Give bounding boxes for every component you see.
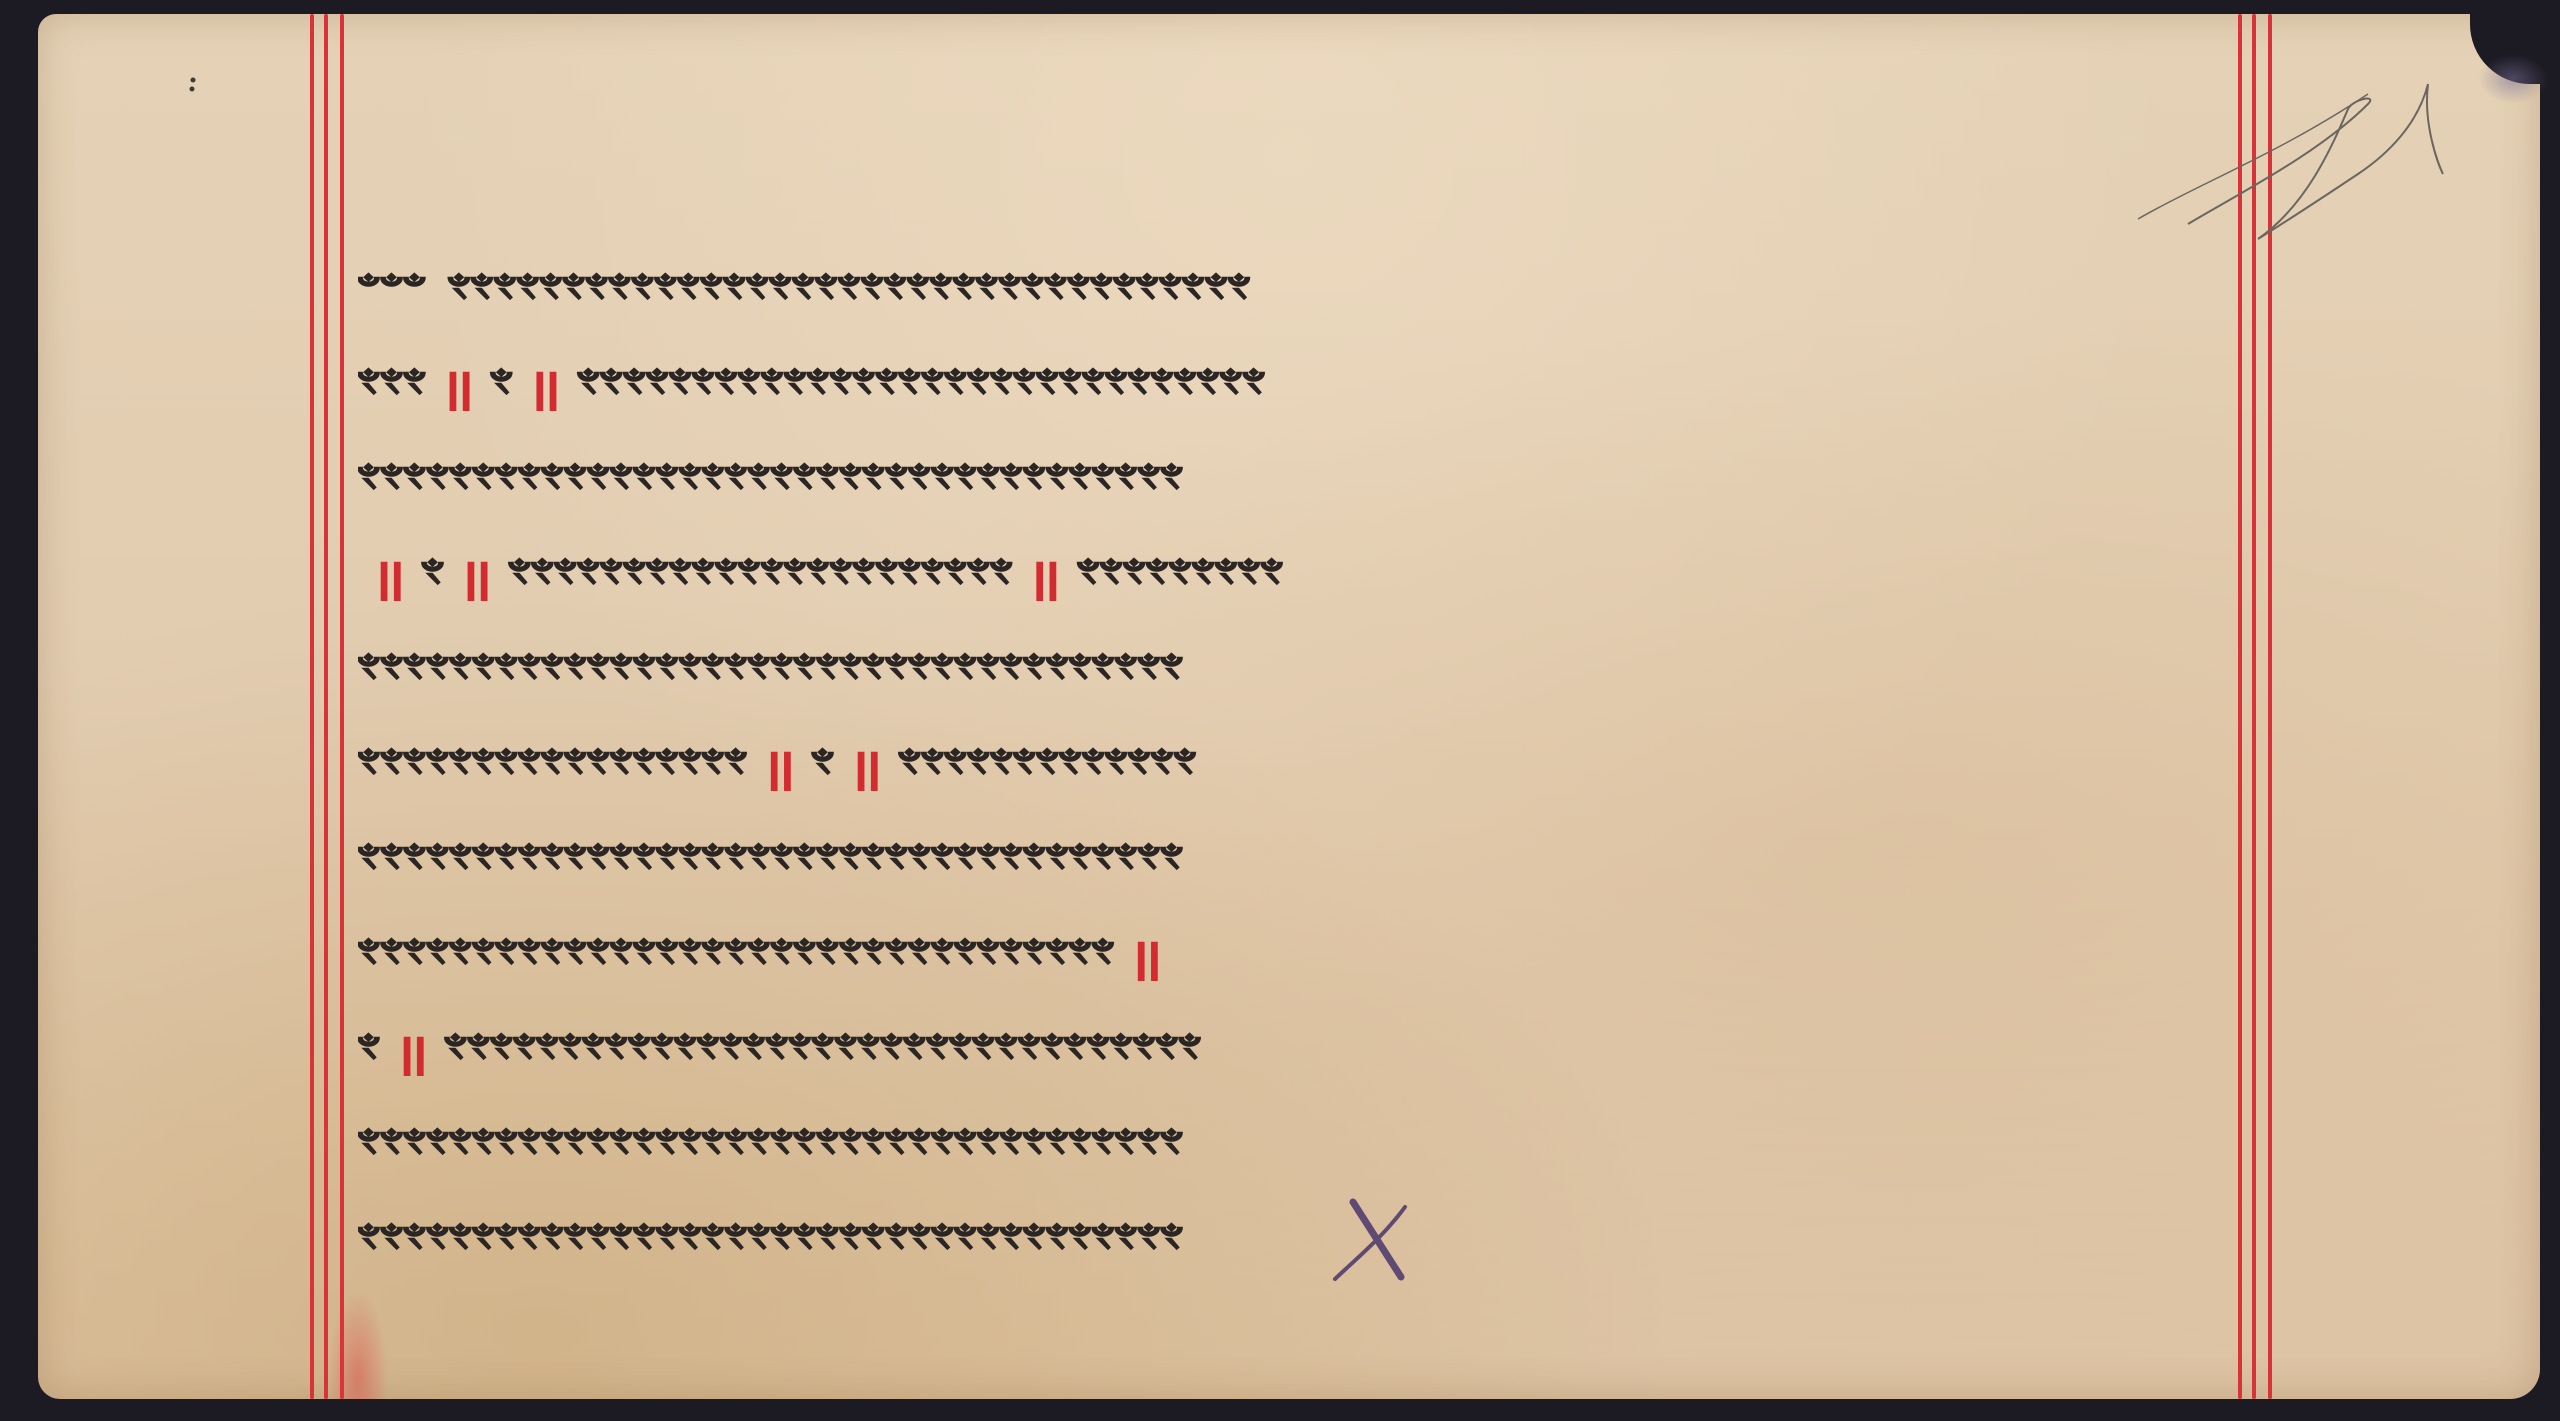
manuscript-line: ꣲꣲꣲ ꣳꣳꣳꣳꣳꣳꣳꣳꣳꣳꣳꣳꣳꣳꣳꣳꣳꣳꣳꣳꣳꣳꣳꣳꣳꣳꣳꣳꣳꣳꣳꣳꣳꣳꣳ	[358, 244, 2278, 339]
script-text: ꣳ	[491, 357, 514, 416]
ink-stain	[2478, 54, 2548, 104]
red-double-danda: ॥	[526, 346, 566, 428]
red-double-danda: ॥	[439, 346, 479, 428]
script-text: ꣳꣳꣳꣳꣳꣳꣳꣳꣳꣳꣳꣳꣳꣳꣳꣳꣳꣳꣳꣳꣳꣳꣳꣳꣳꣳꣳꣳꣳꣳ	[578, 357, 1266, 416]
script-text: ꣳꣳꣳꣳꣳꣳꣳꣳꣳꣳꣳꣳꣳꣳꣳꣳꣳꣳꣳꣳꣳꣳꣳꣳꣳꣳꣳꣳꣳꣳꣳꣳꣳ	[445, 1022, 1202, 1081]
manuscript-line: ꣳꣳꣳꣳꣳꣳꣳꣳꣳꣳꣳꣳꣳꣳꣳꣳꣳꣳꣳꣳꣳꣳꣳꣳꣳꣳꣳꣳꣳꣳꣳꣳꣳ॥	[358, 909, 2278, 1004]
manuscript-line: ꣳꣳꣳꣳꣳꣳꣳꣳꣳꣳꣳꣳꣳꣳꣳꣳꣳꣳꣳꣳꣳꣳꣳꣳꣳꣳꣳꣳꣳꣳꣳꣳꣳꣳꣳꣳ	[358, 624, 2278, 719]
script-text: ꣳꣳꣳꣳꣳꣳꣳꣳꣳꣳꣳꣳꣳꣳꣳꣳꣳ	[358, 737, 748, 796]
ink-dots	[188, 76, 198, 96]
script-text: ꣲꣲꣲ ꣳꣳꣳꣳꣳꣳꣳꣳꣳꣳꣳꣳꣳꣳꣳꣳꣳꣳꣳꣳꣳꣳꣳꣳꣳꣳꣳꣳꣳꣳꣳꣳꣳꣳꣳ	[358, 262, 1251, 321]
manuscript-line: ꣳꣳꣳꣳꣳꣳꣳꣳꣳꣳꣳꣳꣳꣳꣳꣳꣳꣳꣳꣳꣳꣳꣳꣳꣳꣳꣳꣳꣳꣳꣳꣳꣳꣳꣳꣳ	[358, 814, 2278, 909]
manuscript-line: ꣳꣳꣳꣳꣳꣳꣳꣳꣳꣳꣳꣳꣳꣳꣳꣳꣳꣳꣳꣳꣳꣳꣳꣳꣳꣳꣳꣳꣳꣳꣳꣳꣳꣳꣳꣳ	[358, 434, 2278, 529]
red-double-danda: ॥	[1127, 916, 1167, 998]
script-text: ꣳꣳꣳꣳꣳꣳꣳꣳꣳꣳꣳꣳꣳꣳꣳꣳꣳꣳꣳꣳꣳꣳꣳꣳꣳꣳꣳꣳꣳꣳꣳꣳꣳꣳꣳꣳ	[358, 1212, 1184, 1271]
script-text: ꣳꣳꣳꣳꣳꣳꣳꣳꣳꣳꣳꣳꣳꣳꣳꣳꣳꣳꣳꣳꣳꣳꣳꣳꣳꣳꣳꣳꣳꣳꣳꣳꣳꣳꣳꣳ	[358, 642, 1184, 701]
red-double-danda: ॥	[847, 726, 887, 808]
manuscript-line: ꣳ॥ꣳꣳꣳꣳꣳꣳꣳꣳꣳꣳꣳꣳꣳꣳꣳꣳꣳꣳꣳꣳꣳꣳꣳꣳꣳꣳꣳꣳꣳꣳꣳꣳꣳ	[358, 1004, 2278, 1099]
pencil-annotation	[2118, 64, 2448, 264]
manuscript-text: ꣲꣲꣲ ꣳꣳꣳꣳꣳꣳꣳꣳꣳꣳꣳꣳꣳꣳꣳꣳꣳꣳꣳꣳꣳꣳꣳꣳꣳꣳꣳꣳꣳꣳꣳꣳꣳꣳꣳꣳ…	[358, 244, 2278, 1289]
script-text: ꣳ	[812, 737, 835, 796]
script-text: ꣳꣳꣳ	[358, 357, 427, 416]
manuscript-line: ॥ꣳ॥ꣳꣳꣳꣳꣳꣳꣳꣳꣳꣳꣳꣳꣳꣳꣳꣳꣳꣳꣳꣳꣳꣳ॥ꣳꣳꣳꣳꣳꣳꣳꣳꣳ	[358, 529, 2278, 624]
manuscript-line: ꣳꣳꣳꣳꣳꣳꣳꣳꣳꣳꣳꣳꣳꣳꣳꣳꣳꣳꣳꣳꣳꣳꣳꣳꣳꣳꣳꣳꣳꣳꣳꣳꣳꣳꣳꣳ	[358, 1099, 2278, 1194]
script-text: ꣳꣳꣳꣳꣳꣳꣳꣳꣳꣳꣳꣳꣳ	[899, 737, 1197, 796]
red-double-danda: ॥	[370, 536, 410, 618]
red-double-danda: ॥	[1026, 536, 1066, 618]
x-mark	[1323, 1197, 1423, 1287]
red-ink-bleed	[328, 1289, 388, 1399]
manuscript-leaf: ꣲꣲꣲ ꣳꣳꣳꣳꣳꣳꣳꣳꣳꣳꣳꣳꣳꣳꣳꣳꣳꣳꣳꣳꣳꣳꣳꣳꣳꣳꣳꣳꣳꣳꣳꣳꣳꣳꣳꣳ…	[38, 14, 2540, 1399]
script-text: ꣳꣳꣳꣳꣳꣳꣳꣳꣳꣳꣳꣳꣳꣳꣳꣳꣳꣳꣳꣳꣳꣳꣳꣳꣳꣳꣳꣳꣳꣳꣳꣳꣳ	[358, 927, 1115, 986]
script-text: ꣳꣳꣳꣳꣳꣳꣳꣳꣳꣳꣳꣳꣳꣳꣳꣳꣳꣳꣳꣳꣳꣳꣳꣳꣳꣳꣳꣳꣳꣳꣳꣳꣳꣳꣳꣳ	[358, 832, 1184, 891]
script-text: ꣳꣳꣳꣳꣳꣳꣳꣳꣳꣳꣳꣳꣳꣳꣳꣳꣳꣳꣳꣳꣳꣳꣳꣳꣳꣳꣳꣳꣳꣳꣳꣳꣳꣳꣳꣳ	[358, 452, 1184, 511]
red-double-danda: ॥	[457, 536, 497, 618]
script-text: ꣳꣳꣳꣳꣳꣳꣳꣳꣳꣳꣳꣳꣳꣳꣳꣳꣳꣳꣳꣳꣳꣳꣳꣳꣳꣳꣳꣳꣳꣳꣳꣳꣳꣳꣳꣳ	[358, 1117, 1184, 1176]
script-text: ꣳ	[422, 547, 445, 606]
red-double-danda: ॥	[393, 1011, 433, 1093]
red-double-danda: ॥	[760, 726, 800, 808]
script-text: ꣳ	[358, 1022, 381, 1081]
manuscript-line: ꣳꣳꣳ॥ꣳ॥ꣳꣳꣳꣳꣳꣳꣳꣳꣳꣳꣳꣳꣳꣳꣳꣳꣳꣳꣳꣳꣳꣳꣳꣳꣳꣳꣳꣳꣳꣳ	[358, 339, 2278, 434]
script-text: ꣳꣳꣳꣳꣳꣳꣳꣳꣳ	[1078, 547, 1285, 606]
script-text: ꣳꣳꣳꣳꣳꣳꣳꣳꣳꣳꣳꣳꣳꣳꣳꣳꣳꣳꣳꣳꣳꣳ	[509, 547, 1014, 606]
manuscript-line: ꣳꣳꣳꣳꣳꣳꣳꣳꣳꣳꣳꣳꣳꣳꣳꣳꣳꣳꣳꣳꣳꣳꣳꣳꣳꣳꣳꣳꣳꣳꣳꣳꣳꣳꣳꣳ	[358, 1194, 2278, 1289]
manuscript-line: ꣳꣳꣳꣳꣳꣳꣳꣳꣳꣳꣳꣳꣳꣳꣳꣳꣳ॥ꣳ॥ꣳꣳꣳꣳꣳꣳꣳꣳꣳꣳꣳꣳꣳ	[358, 719, 2278, 814]
